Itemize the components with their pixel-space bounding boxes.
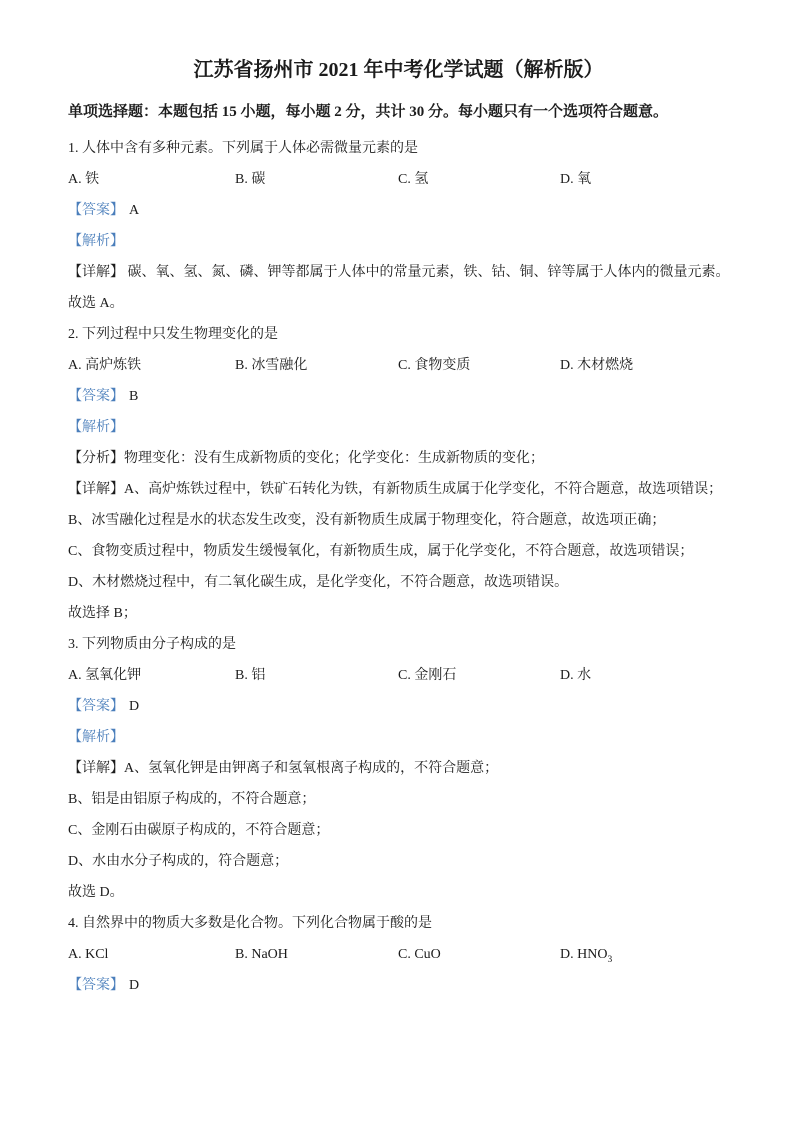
question-3-option-d: D. 水 xyxy=(560,660,729,691)
question-3-explanation-line-a: 【详解】A、氢氧化钾是由钾离子和氢氧根离子构成的，不符合题意； xyxy=(68,753,729,784)
question-2-option-b: B. 冰雪融化 xyxy=(235,350,398,381)
question-1-option-d: D. 氧 xyxy=(560,164,729,195)
question-3: 3. 下列物质由分子构成的是 A. 氢氧化钾 B. 铝 C. 金刚石 D. 水 … xyxy=(68,629,729,908)
question-2-text: 2. 下列过程中只发生物理变化的是 xyxy=(68,319,729,350)
question-1-option-c: C. 氢 xyxy=(398,164,560,195)
question-1: 1. 人体中含有多种元素。下列属于人体必需微量元素的是 A. 铁 B. 碳 C.… xyxy=(68,133,729,319)
question-1-answer-value: A xyxy=(129,203,139,218)
question-4-option-d-subscript: 3 xyxy=(607,955,612,965)
question-2-conclusion: 故选择 B； xyxy=(68,598,729,629)
question-3-option-b: B. 铝 xyxy=(235,660,398,691)
question-3-explanation-line-c: C、金刚石由碳原子构成的，不符合题意； xyxy=(68,815,729,846)
question-2-explanation-line-b: B、冰雪融化过程是水的状态发生改变，没有新物质生成属于物理变化，符合题意，故选项… xyxy=(68,505,729,536)
question-2-answer-value: B xyxy=(129,389,138,404)
question-4-options-row: A. KCl B. NaOH C. CuO D. HNO3 xyxy=(68,939,729,970)
question-3-answer-line: 【答案】D xyxy=(68,691,729,722)
question-1-option-b: B. 碳 xyxy=(235,164,398,195)
analysis-label: 【解析】 xyxy=(68,420,124,435)
answer-label: 【答案】 xyxy=(68,203,124,218)
question-4-text: 4. 自然界中的物质大多数是化合物。下列化合物属于酸的是 xyxy=(68,908,729,939)
analysis-label: 【解析】 xyxy=(68,234,124,249)
question-4-answer-value: D xyxy=(129,978,139,993)
question-3-explanation-line-b: B、铝是由铝原子构成的，不符合题意； xyxy=(68,784,729,815)
question-2-options-row: A. 高炉炼铁 B. 冰雪融化 C. 食物变质 D. 木材燃烧 xyxy=(68,350,729,381)
answer-label: 【答案】 xyxy=(68,389,124,404)
question-1-text: 1. 人体中含有多种元素。下列属于人体必需微量元素的是 xyxy=(68,133,729,164)
question-3-conclusion: 故选 D。 xyxy=(68,877,729,908)
question-4: 4. 自然界中的物质大多数是化合物。下列化合物属于酸的是 A. KCl B. N… xyxy=(68,908,729,1001)
document-page: 江苏省扬州市 2021 年中考化学试题（解析版） 单项选择题：本题包括 15 小… xyxy=(0,0,793,1122)
question-4-option-a: A. KCl xyxy=(68,939,235,970)
question-1-option-a: A. 铁 xyxy=(68,164,235,195)
question-3-explanation-line-d: D、水由水分子构成的，符合题意； xyxy=(68,846,729,877)
question-3-option-a: A. 氢氧化钾 xyxy=(68,660,235,691)
question-3-options-row: A. 氢氧化钾 B. 铝 C. 金刚石 D. 水 xyxy=(68,660,729,691)
question-2-option-c: C. 食物变质 xyxy=(398,350,560,381)
question-3-option-c: C. 金刚石 xyxy=(398,660,560,691)
question-3-answer-value: D xyxy=(129,699,139,714)
question-1-options-row: A. 铁 B. 碳 C. 氢 D. 氧 xyxy=(68,164,729,195)
question-1-explanation-line: 【详解】 碳、氧、氢、氮、磷、钾等都属于人体中的常量元素，铁、钴、铜、锌等属于人… xyxy=(68,257,729,288)
question-3-text: 3. 下列物质由分子构成的是 xyxy=(68,629,729,660)
question-3-analysis-header: 【解析】 xyxy=(68,722,729,753)
question-2-option-a: A. 高炉炼铁 xyxy=(68,350,235,381)
answer-label: 【答案】 xyxy=(68,699,124,714)
exam-instructions: 单项选择题：本题包括 15 小题，每小题 2 分，共计 30 分。每小题只有一个… xyxy=(68,100,729,124)
question-4-option-d: D. HNO3 xyxy=(560,939,729,970)
question-4-option-c: C. CuO xyxy=(398,939,560,970)
question-1-analysis-header: 【解析】 xyxy=(68,226,729,257)
question-2-explanation-line-c: C、食物变质过程中，物质发生缓慢氧化，有新物质生成，属于化学变化，不符合题意，故… xyxy=(68,536,729,567)
question-2-analysis-line: 【分析】物理变化：没有生成新物质的变化；化学变化：生成新物质的变化； xyxy=(68,443,729,474)
question-2-explanation-line-a: 【详解】A、高炉炼铁过程中，铁矿石转化为铁，有新物质生成属于化学变化，不符合题意… xyxy=(68,474,729,505)
questions-container: 1. 人体中含有多种元素。下列属于人体必需微量元素的是 A. 铁 B. 碳 C.… xyxy=(68,133,729,1001)
question-2-analysis-header: 【解析】 xyxy=(68,412,729,443)
question-4-answer-line: 【答案】D xyxy=(68,970,729,1001)
question-1-conclusion: 故选 A。 xyxy=(68,288,729,319)
question-2-explanation-line-d: D、木材燃烧过程中，有二氧化碳生成，是化学变化，不符合题意，故选项错误。 xyxy=(68,567,729,598)
question-2: 2. 下列过程中只发生物理变化的是 A. 高炉炼铁 B. 冰雪融化 C. 食物变… xyxy=(68,319,729,629)
question-4-option-d-formula: D. HNO xyxy=(560,947,607,962)
question-4-option-b: B. NaOH xyxy=(235,939,398,970)
analysis-label: 【解析】 xyxy=(68,730,124,745)
question-2-option-d: D. 木材燃烧 xyxy=(560,350,729,381)
document-title: 江苏省扬州市 2021 年中考化学试题（解析版） xyxy=(68,56,729,84)
answer-label: 【答案】 xyxy=(68,978,124,993)
question-1-answer-line: 【答案】A xyxy=(68,195,729,226)
question-2-answer-line: 【答案】B xyxy=(68,381,729,412)
